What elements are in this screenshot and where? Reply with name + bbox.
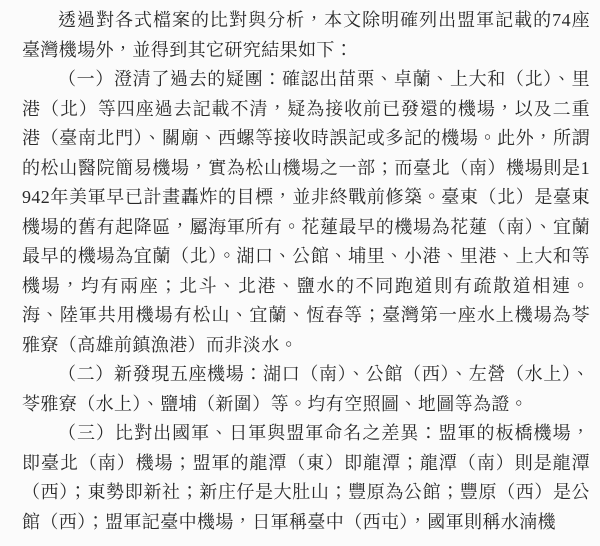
paragraph-finding-1: （一）澄清了過去的疑團：確認出苗栗、卓蘭、上大和（北）、里港（北）等四座過去記載… [22,65,590,360]
document-page: 透過對各式檔案的比對與分析，本文除明確列出盟軍記載的74座臺灣機場外，並得到其它… [0,0,600,546]
paragraph-finding-2: （二）新發現五座機場：湖口（南）、公館（西）、左營（水上）、苓雅寮（水上）、鹽埔… [22,360,590,419]
paragraph-intro: 透過對各式檔案的比對與分析，本文除明確列出盟軍記載的74座臺灣機場外，並得到其它… [22,6,590,65]
paragraph-finding-3: （三）比對出國軍、日軍與盟軍命名之差異：盟軍的板橋機場，即臺北（南）機場；盟軍的… [22,419,590,537]
